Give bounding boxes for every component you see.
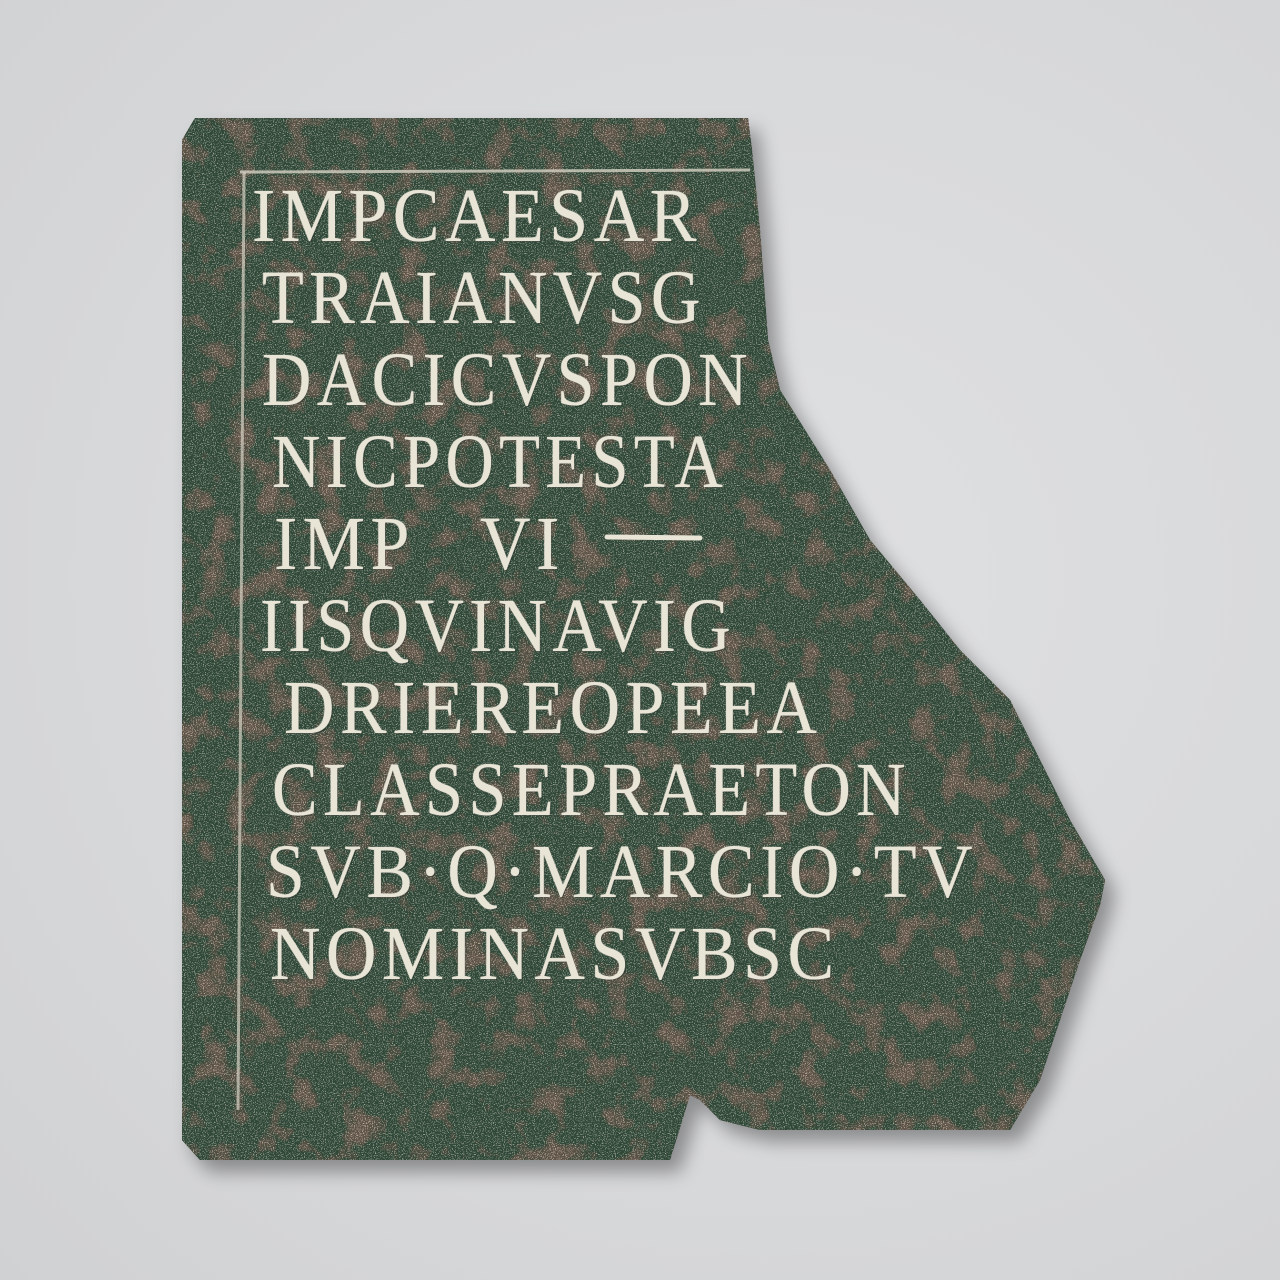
bronze-plate-fragment: IMPCAESAR TRAIANVSG DACICVSPON NICPOTEST… (0, 0, 1280, 1280)
inscription-line: DRIEREOPEEA (284, 667, 954, 749)
inscription-line: CLASSEPRAETON (272, 749, 938, 831)
inscription-line: SVB·Q·MARCIO·TV (266, 831, 952, 913)
inscription-line: IMP VI (274, 503, 953, 585)
inscription-line: NOMINASVBSC (270, 913, 953, 995)
inscription-line: IISQVINAVIG (260, 585, 937, 667)
